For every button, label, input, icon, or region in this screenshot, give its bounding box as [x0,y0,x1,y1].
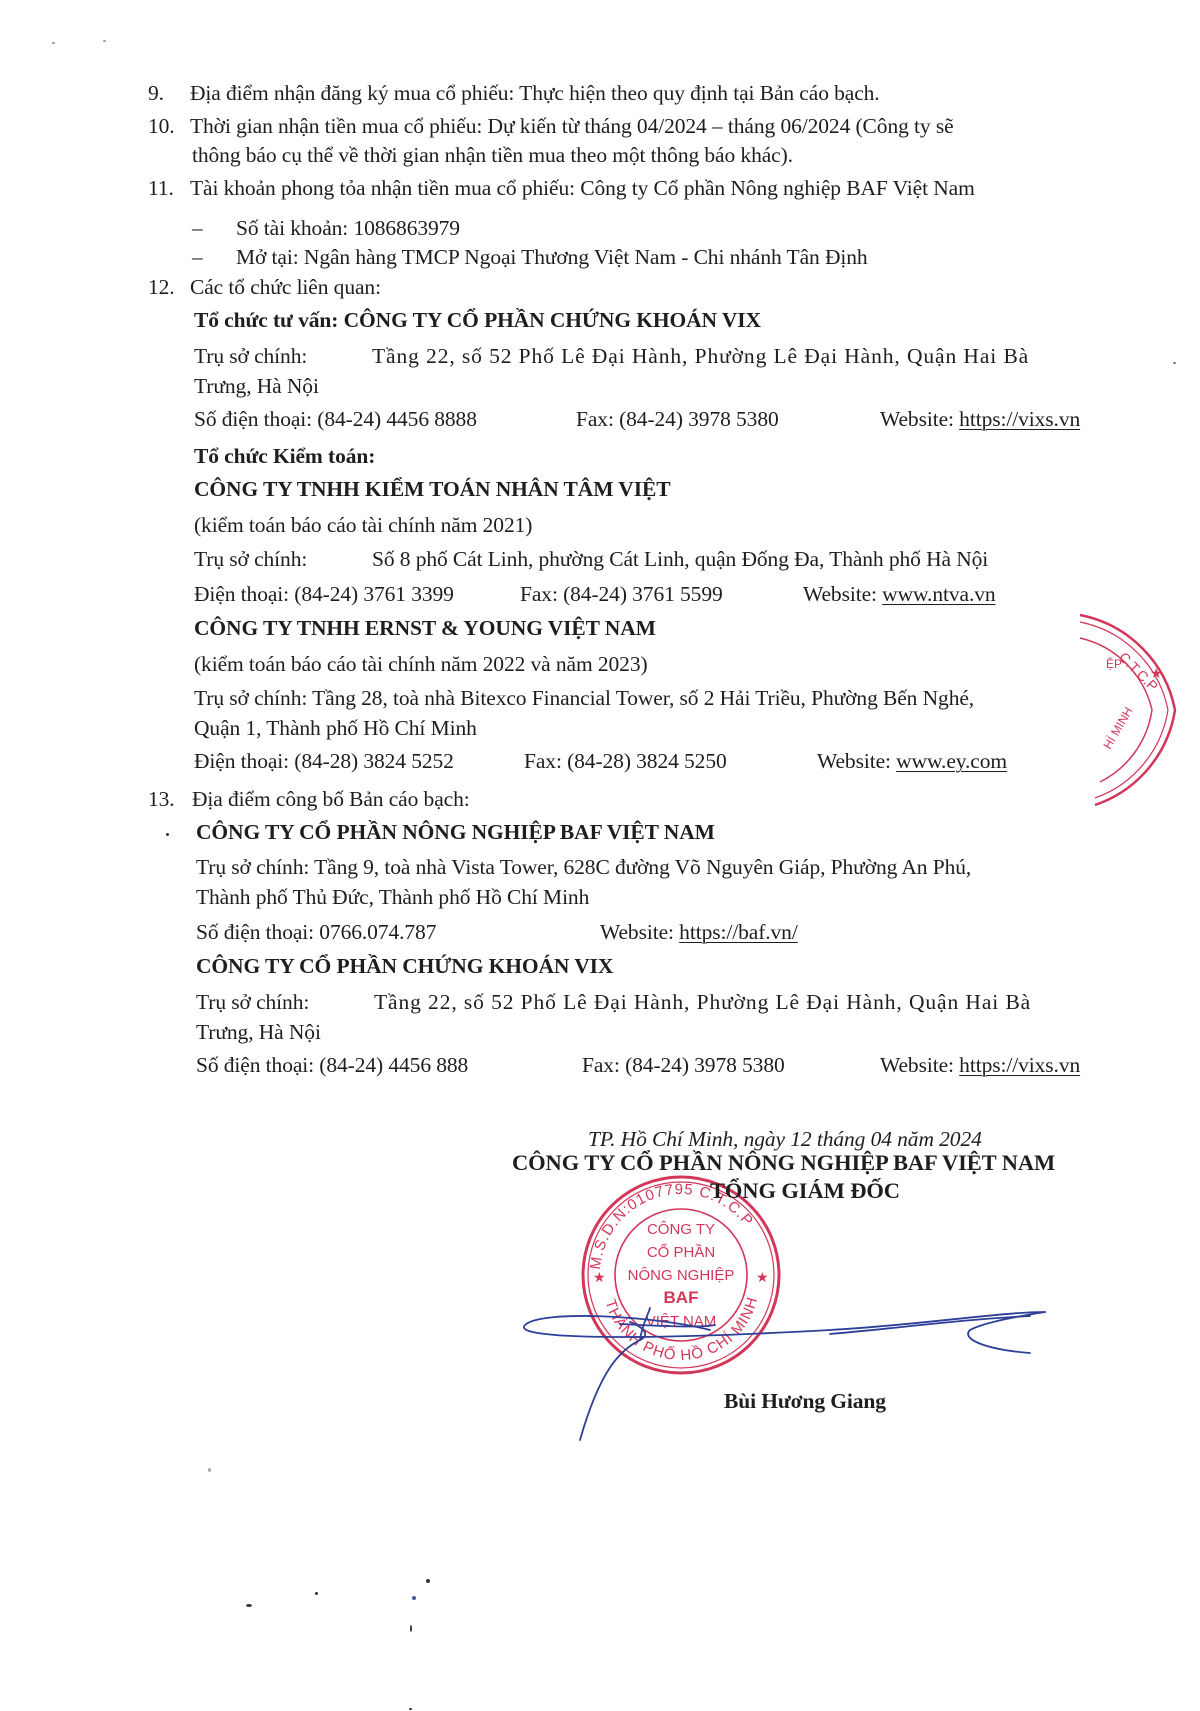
item-number: 9. [148,80,190,106]
hq-label: Trụ sở chính: [194,343,372,369]
stamp-ring-bottom: HÍ MINH [1100,704,1136,751]
item-number: 13. [148,786,192,812]
svg-text:CỔ PHẦN: CỔ PHẦN [647,1243,715,1261]
item-text: Địa điểm nhận đăng ký mua cổ phiếu: Thực… [190,81,880,105]
item-13: 13.Địa điểm công bố Bản cáo bạch: [148,786,470,812]
auditor-phone: Điện thoại: (84-24) 3761 3399 [194,581,454,607]
scan-speck [1173,362,1176,364]
signature-title: TỔNG GIÁM ĐỐC [710,1178,900,1204]
place-hq: Trụ sở chính: Tầng 9, toà nhà Vista Towe… [196,854,971,880]
place-hq: Trụ sở chính:Tầng 22, số 52 Phố Lê Đại H… [196,989,1031,1015]
scan-speck [52,42,55,44]
bullet-bank: –Mở tại: Ngân hàng TMCP Ngoại Thương Việ… [192,244,868,270]
auditor-note: (kiểm toán báo cáo tài chính năm 2021) [194,512,532,538]
item-text: Địa điểm công bố Bản cáo bạch: [192,787,470,811]
auditor-website-link[interactable]: www.ntva.vn [882,582,995,606]
bullet-account-number: –Số tài khoản: 1086863979 [192,215,460,241]
place-name: CÔNG TY CỔ PHẦN NÔNG NGHIỆP BAF VIỆT NAM [196,819,715,845]
auditor-phone: Điện thoại: (84-28) 3824 5252 [194,748,454,774]
item-10-continuation: thông báo cụ thể về thời gian nhận tiền … [192,142,793,168]
advisor-contact: Số điện thoại: (84-24) 4456 8888 [194,406,477,432]
item-text: Thời gian nhận tiền mua cổ phiếu: Dự kiế… [190,114,954,138]
place-website-link[interactable]: https://baf.vn/ [679,920,798,944]
advisor-heading: Tổ chức tư vấn: CÔNG TY CỔ PHẦN CHỨNG KH… [194,307,761,333]
scan-speck [315,1592,318,1595]
auditor-website-row: Website: www.ey.com [817,748,1007,774]
auditor-name: CÔNG TY TNHH KIỂM TOÁN NHÂN TÂM VIỆT [194,476,670,502]
place-hq-continuation: Thành phố Thủ Đức, Thành phố Hồ Chí Minh [196,884,589,910]
document-page: 9.Địa điểm nhận đăng ký mua cổ phiếu: Th… [0,0,1200,1711]
hq-label: Trụ sở chính: [196,989,374,1015]
auditor-hq: Trụ sở chính:Số 8 phố Cát Linh, phường C… [194,546,988,572]
svg-text:CÔNG TY: CÔNG TY [647,1221,715,1238]
item-number: 10. [148,113,190,139]
auditor-website-link[interactable]: www.ey.com [896,749,1007,773]
auditor-fax: Fax: (84-28) 3824 5250 [524,748,727,774]
item-11: 11.Tài khoản phong tỏa nhận tiền mua cổ … [148,175,975,201]
dash-bullet-icon: – [192,215,236,241]
scan-speck [426,1579,430,1583]
scan-speck [412,1596,416,1600]
place-website-row: Website: https://vixs.vn [880,1052,1080,1078]
place-fax: Fax: (84-24) 3978 5380 [582,1052,785,1078]
item-10: 10.Thời gian nhận tiền mua cổ phiếu: Dự … [148,113,954,139]
item-number: 12. [148,274,190,300]
advisor-fax: Fax: (84-24) 3978 5380 [576,406,779,432]
place-and-date: TP. Hồ Chí Minh, ngày 12 tháng 04 năm 20… [588,1126,982,1152]
partial-company-seal-icon: C.T.C.P ỆP ★ HÍ MINH [1000,600,1200,820]
item-9: 9.Địa điểm nhận đăng ký mua cổ phiếu: Th… [148,80,880,106]
advisor-phone: Số điện thoại: (84-24) 4456 8888 [194,407,477,431]
auditor-website-row: Website: www.ntva.vn [803,581,996,607]
auditor-heading: Tổ chức Kiểm toán: [194,443,375,469]
place-name: CÔNG TY CỔ PHẦN CHỨNG KHOÁN VIX [196,953,613,979]
dash-bullet-icon: – [192,244,236,270]
auditor-fax: Fax: (84-24) 3761 5599 [520,581,723,607]
signer-name: Bùi Hương Giang [724,1388,886,1414]
item-text: Tài khoản phong tỏa nhận tiền mua cổ phi… [190,176,975,200]
handwritten-signature-icon [500,1270,1060,1450]
scan-speck [166,833,169,836]
place-website-link[interactable]: https://vixs.vn [959,1053,1080,1077]
place-website-row: Website: https://baf.vn/ [600,919,798,945]
place-phone: Số điện thoại: 0766.074.787 [196,919,436,945]
advisor-hq-continuation: Trưng, Hà Nội [194,373,319,399]
hq-label: Trụ sở chính: [194,546,372,572]
signature-company: CÔNG TY CỔ PHẦN NÔNG NGHIỆP BAF VIỆT NAM [512,1150,1055,1176]
advisor-hq: Trụ sở chính:Tầng 22, số 52 Phố Lê Đại H… [194,343,1029,369]
item-12: 12.Các tổ chức liên quan: [148,274,381,300]
advisor-website-link[interactable]: https://vixs.vn [959,407,1080,431]
place-phone: Số điện thoại: (84-24) 4456 888 [196,1052,468,1078]
auditor-hq-continuation: Quận 1, Thành phố Hồ Chí Minh [194,715,477,741]
item-number: 11. [148,175,190,201]
scan-speck [103,40,106,42]
item-text: Các tổ chức liên quan: [190,275,381,299]
scan-speck [409,1708,412,1710]
auditor-hq: Trụ sở chính: Tầng 28, toà nhà Bitexco F… [194,685,974,711]
scan-speck [246,1604,252,1607]
scan-speck [208,1468,211,1472]
place-hq-continuation: Trưng, Hà Nội [196,1019,321,1045]
svg-text:★: ★ [1150,667,1163,682]
auditor-note: (kiểm toán báo cáo tài chính năm 2022 và… [194,651,648,677]
stamp-fragment: ỆP [1106,656,1122,671]
advisor-website-row: Website: https://vixs.vn [880,406,1080,432]
auditor-name: CÔNG TY TNHH ERNST & YOUNG VIỆT NAM [194,615,656,641]
scan-speck [410,1625,412,1632]
